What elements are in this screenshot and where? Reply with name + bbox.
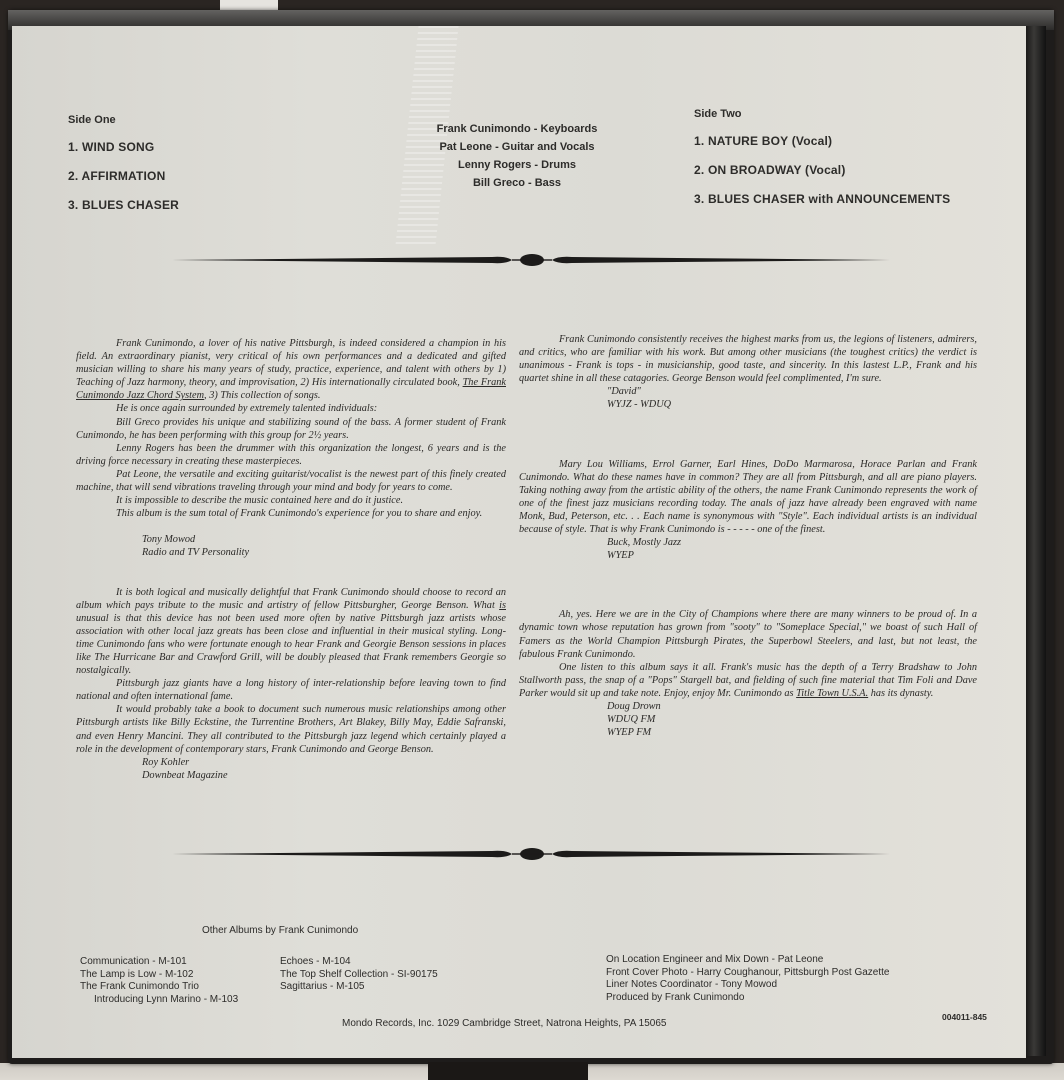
track-item: 2. ON BROADWAY (Vocal) [694,163,950,192]
note-paragraph: One listen to this album says it all. Fr… [519,661,977,700]
display-stand [428,1062,588,1080]
album-item: Sagittarius - M-105 [280,981,438,994]
side-two-tracklist: Side Two 1. NATURE BOY (Vocal) 2. ON BRO… [694,108,950,221]
credit-item: On Location Engineer and Mix Down - Pat … [606,954,889,967]
note-paragraph: Bill Greco provides his unique and stabi… [76,416,506,442]
signature-title: Downbeat Magazine [76,769,506,782]
album-item: The Frank Cunimondo Trio [80,981,238,994]
album-item: Introducing Lynn Marino - M-103 [80,994,238,1007]
credit-item: Produced by Frank Cunimondo [606,992,889,1005]
signature-name: Doug Drown [519,700,977,713]
side-two-title: Side Two [694,108,950,120]
ornamental-divider [172,248,892,272]
personnel-item: Bill Greco - Bass [397,177,637,195]
note-paragraph: This album is the sum total of Frank Cun… [76,507,506,520]
label-address: Mondo Records, Inc. 1029 Cambridge Stree… [342,1018,666,1029]
note-paragraph: It is both logical and musically delight… [76,586,506,678]
signature-name: Buck, Mostly Jazz [519,536,977,549]
album-item: Echoes - M-104 [280,956,438,969]
track-item: 1. NATURE BOY (Vocal) [694,134,950,163]
track-item: 1. WIND SONG [68,140,179,169]
album-item: Communication - M-101 [80,956,238,969]
ornamental-divider [172,842,892,866]
note-paragraph: Ah, yes. Here we are in the City of Cham… [519,608,977,660]
note-paragraph: It is impossible to describe the music c… [76,494,506,507]
liner-notes-right-column: Frank Cunimondo consistently receives th… [519,333,977,739]
album-back-cover: Side One 1. WIND SONG 2. AFFIRMATION 3. … [12,26,1026,1058]
signature-title: WDUQ FM [519,713,977,726]
credit-item: Front Cover Photo - Harry Coughanour, Pi… [606,967,889,980]
other-albums-list-left: Communication - M-101 The Lamp is Low - … [80,956,238,1007]
liner-notes-left-column: Frank Cunimondo, a lover of his native P… [76,337,506,782]
album-item: The Lamp is Low - M-102 [80,969,238,982]
side-one-tracklist: Side One 1. WIND SONG 2. AFFIRMATION 3. … [68,114,179,227]
side-one-title: Side One [68,114,179,126]
personnel-item: Frank Cunimondo - Keyboards [397,123,637,141]
note-paragraph: Pat Leone, the versatile and exciting gu… [76,468,506,494]
personnel-list: Frank Cunimondo - Keyboards Pat Leone - … [397,123,637,195]
catalog-number: 004011-845 [942,1012,987,1022]
production-credits: On Location Engineer and Mix Down - Pat … [606,954,889,1004]
sleeve-spine-edge [1026,26,1046,1056]
track-item: 3. BLUES CHASER with ANNOUNCEMENTS [694,192,950,221]
signature-name: Roy Kohler [76,756,506,769]
note-paragraph: Frank Cunimondo, a lover of his native P… [76,337,506,402]
track-item: 2. AFFIRMATION [68,169,179,198]
album-item: The Top Shelf Collection - SI-90175 [280,969,438,982]
signature-name: "David" [519,385,977,398]
signature-title: WYEP FM [519,726,977,739]
note-paragraph: Pittsburgh jazz giants have a long histo… [76,677,506,703]
note-paragraph: He is once again surrounded by extremely… [76,402,506,415]
note-paragraph: It would probably take a book to documen… [76,703,506,755]
title-town-phrase: Title Town U.S.A. [796,688,868,699]
signature-title: WYEP [519,549,977,562]
note-paragraph: Frank Cunimondo consistently receives th… [519,333,977,385]
personnel-item: Lenny Rogers - Drums [397,159,637,177]
note-paragraph: Mary Lou Williams, Errol Garner, Earl Hi… [519,458,977,537]
signature-title: WYJZ - WDUQ [519,398,977,411]
track-item: 3. BLUES CHASER [68,198,179,227]
signature-name: Tony Mowod [76,533,506,546]
other-albums-list-middle: Echoes - M-104 The Top Shelf Collection … [280,956,438,994]
credit-item: Liner Notes Coordinator - Tony Mowod [606,979,889,992]
other-albums-title: Other Albums by Frank Cunimondo [202,925,358,936]
signature-title: Radio and TV Personality [76,546,506,559]
personnel-item: Pat Leone - Guitar and Vocals [397,141,637,159]
note-paragraph: Lenny Rogers has been the drummer with t… [76,442,506,468]
